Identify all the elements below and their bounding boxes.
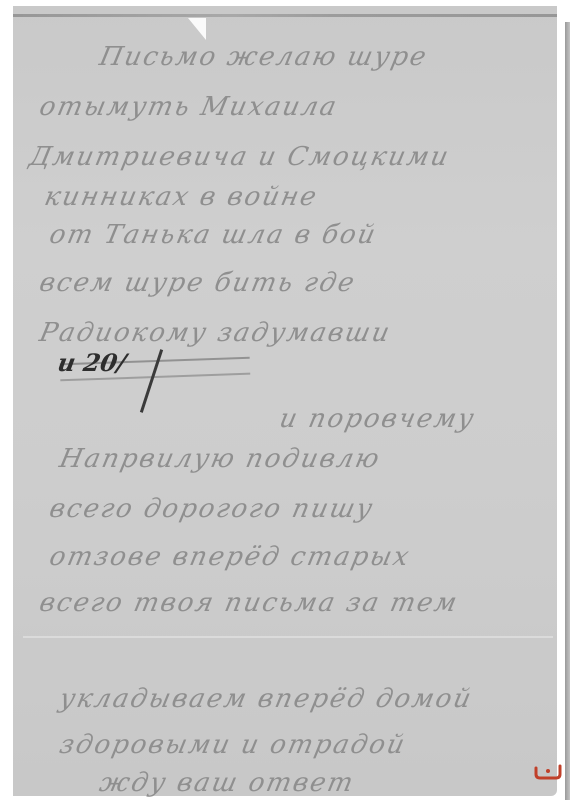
paper-fold (23, 636, 553, 638)
text-line: Напрвилую подивлю (57, 444, 384, 474)
text-line: кинниках в войне (42, 182, 321, 212)
text-line: всем шуре бить где (37, 268, 359, 298)
text-line: укладываем вперёд домой (57, 684, 476, 714)
page-edge (565, 22, 570, 800)
torn-corner (188, 18, 206, 40)
text-line: жду ваш ответ (97, 768, 358, 798)
text-line: Радиокому задумавши (37, 318, 394, 348)
text-line: Письмо желаю шуре (97, 42, 431, 72)
letter-page (13, 6, 557, 796)
text-line: здоровыми и отрадой (57, 730, 409, 760)
red-smile-logo-icon (534, 764, 562, 780)
text-line: от Танька шла в бой (47, 220, 380, 250)
text-line: Дмитриевича и Смоцкими (27, 142, 453, 172)
overwritten-mark: и 20/ (55, 348, 128, 377)
text-line: всего твоя письма за тем (37, 588, 462, 618)
text-line: отзове вперёд старых (47, 542, 414, 572)
text-line: всего дорогого пишу (47, 494, 377, 524)
text-line: отымуть Михаила (37, 92, 341, 122)
text-line: и поровчему (277, 404, 478, 434)
